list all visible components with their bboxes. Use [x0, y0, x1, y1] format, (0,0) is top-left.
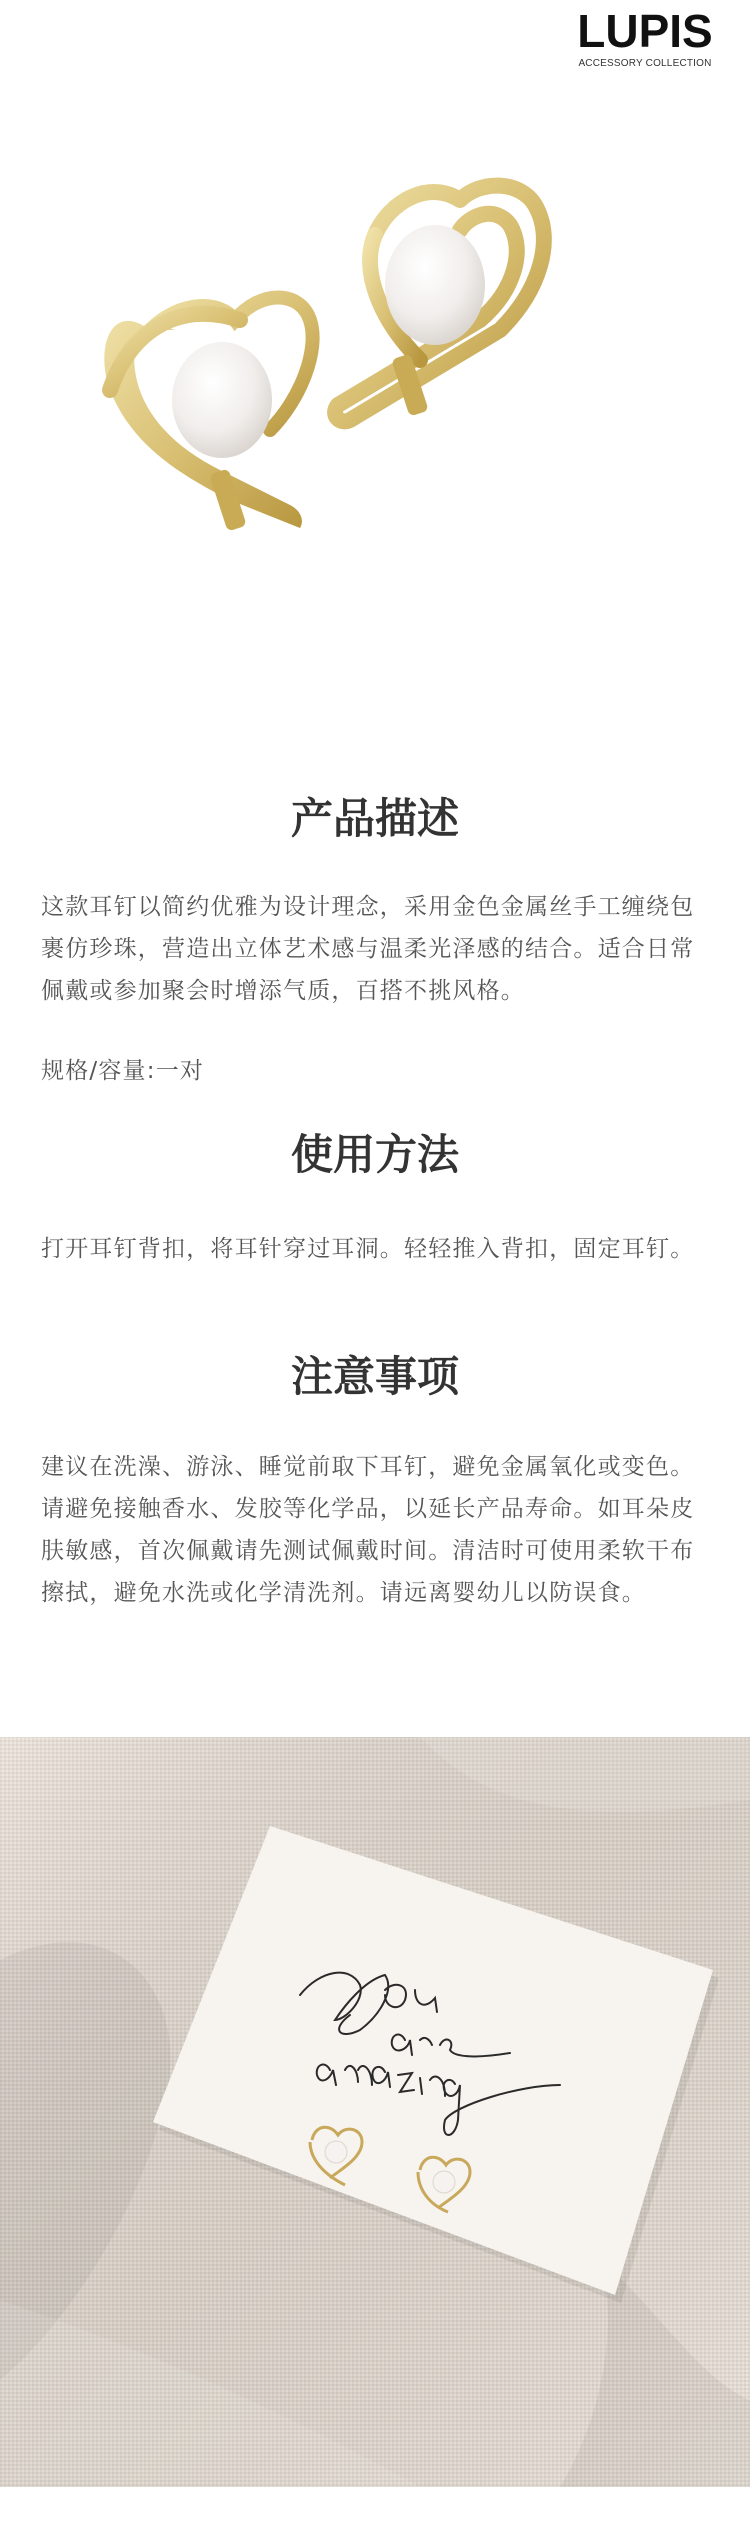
section-heading-usage: 使用方法	[0, 1130, 750, 1180]
lifestyle-photo	[0, 1737, 750, 2487]
usage-text: 打开耳钉背扣，将耳针穿过耳洞。轻轻推入背扣，固定耳钉。	[41, 1228, 711, 1270]
product-hero-image	[0, 80, 750, 700]
earring-product-photo-icon	[0, 80, 750, 700]
right-earring	[335, 186, 544, 422]
notes-text: 建议在洗澡、游泳、睡觉前取下耳钉，避免金属氧化或变色。请避免接触香水、发胶等化学…	[41, 1446, 711, 1614]
section-heading-description: 产品描述	[0, 794, 750, 844]
left-earring	[104, 298, 312, 532]
section-heading-notes: 注意事项	[0, 1352, 750, 1402]
card-and-earrings-photo-icon	[0, 1737, 750, 2487]
brand-name: LUPIS	[560, 8, 730, 54]
spec-text: 规格/容量:一对	[41, 1050, 711, 1092]
brand-logo: LUPIS ACCESSORY COLLECTION	[560, 8, 730, 70]
brand-tagline: ACCESSORY COLLECTION	[560, 58, 730, 70]
description-text: 这款耳钉以简约优雅为设计理念，采用金色金属丝手工缠绕包裹仿珍珠，营造出立体艺术感…	[41, 886, 711, 1012]
